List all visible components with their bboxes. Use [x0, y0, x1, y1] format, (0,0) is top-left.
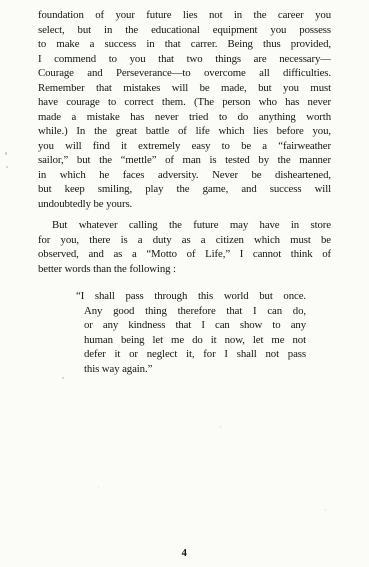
text-line: sailor,” but the “mettle” of man is test… [38, 153, 331, 168]
scan-speck [6, 166, 8, 168]
quote-line: human being let me do it now, let me not [84, 333, 306, 348]
scan-speck [220, 426, 221, 428]
text-line: while.) In the great battle of life whic… [38, 124, 331, 139]
text-line: observed, and as a “Motto of Life,” I ca… [38, 247, 331, 262]
text-line: Courage and Perseverance—to overcome all… [38, 66, 331, 81]
quote-line: “I shall pass through this world but onc… [76, 289, 306, 304]
text-line: select, but in the educational equipment… [38, 23, 331, 38]
text-line: I commend to you that two things are nec… [38, 52, 331, 67]
book-page: foundation of your future lies not in th… [0, 0, 369, 567]
text-line: But whatever calling the future may have… [38, 218, 331, 233]
text-line: undoubtedly be yours. [38, 197, 331, 212]
scan-speck [325, 509, 326, 511]
text-line: made a mistake has never tried to do any… [38, 110, 331, 125]
scan-speck [62, 377, 64, 379]
page-text: foundation of your future lies not in th… [0, 0, 369, 376]
quote-line: or any kindness that I can show to any [84, 318, 306, 333]
block-quote: “I shall pass through this world but onc… [76, 289, 306, 376]
scan-speck [98, 487, 99, 488]
text-line: better words than the following : [38, 262, 331, 277]
paragraph-1: foundation of your future lies not in th… [38, 8, 331, 211]
text-line: but keep smiling, play the game, and suc… [38, 182, 331, 197]
text-line: Remember that mistakes will be made, but… [38, 81, 331, 96]
text-line: to make a success in that carrer. Being … [38, 37, 331, 52]
text-line: for you, there is a duty as a citizen wh… [38, 233, 331, 248]
quote-line: Any good thing therefore that I can do, [84, 304, 306, 319]
text-line: in which he faces adversity. Never be di… [38, 168, 331, 183]
text-line: you will find it extremely easy to be a … [38, 139, 331, 154]
scan-speck [5, 152, 7, 155]
text-line: have courage to correct them. (The perso… [38, 95, 331, 110]
paragraph-2: But whatever calling the future may have… [38, 218, 331, 276]
text-line: foundation of your future lies not in th… [38, 8, 331, 23]
quote-line: this way again.” [84, 362, 306, 377]
quote-line: defer it or neglect it, for I shall not … [84, 347, 306, 362]
page-number: 4 [0, 548, 369, 559]
